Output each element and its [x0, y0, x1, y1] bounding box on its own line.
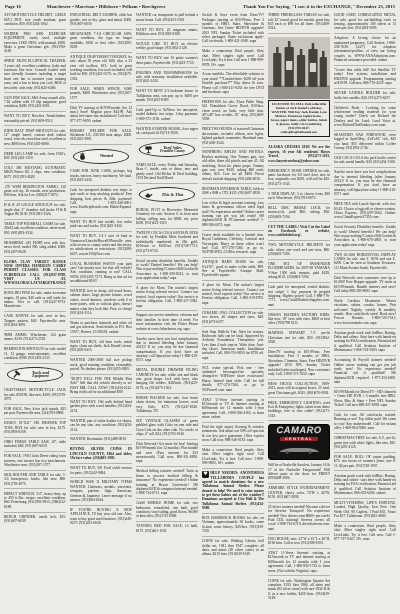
- classified-ad: MULTI-VITAMINS, LIFE'S FORTUNE, Loaded, …: [334, 499, 396, 522]
- classified-ad: Acorn stairlifts. The affordable solutio…: [202, 70, 264, 97]
- classified-ad: Safe Step Walk-In Tub. Alert for seniors…: [202, 327, 264, 363]
- classified-ad: 25 driver trainees needed! Become a driv…: [268, 503, 330, 535]
- section-badge-wanted: Wanted: [73, 149, 129, 164]
- classified-ad: Adoption: A loving choice for an unplann…: [334, 34, 396, 66]
- classified-ad: WANT TO BUY: Old walk behind hand garden…: [70, 398, 132, 417]
- classified-ad: WANT TO BUY size 16 petite women's dress…: [136, 54, 198, 68]
- classified-ad: INDUSTRIAL BELT SANDER, oldie but goodie…: [70, 11, 132, 30]
- classified-ad: WANT TO RENT 2-3 bedroom house, in Tulla…: [136, 87, 198, 106]
- classified-ad: Law office & legal assistant training. L…: [202, 199, 264, 231]
- classified-ad: WANTED car transporter to pull behind a …: [136, 11, 198, 25]
- section-title: Wanted: [89, 154, 124, 159]
- classified-ad: Make a connection. Real people, flirty c…: [202, 446, 264, 469]
- classified-ad: MARTHA STEWART 7.5' pre-lit Christmas tr…: [268, 329, 330, 348]
- classified-ad: Find the right carpet, flooring & window…: [202, 423, 264, 446]
- classified-ad: WANTED STARTER HOUSE, fixer upper ok, ca…: [136, 124, 198, 138]
- classified-ad: WANT TO BUY, old barn tools; metal signs…: [70, 337, 132, 356]
- classified-ad: ♥HELP NEEDED: ANONYMOUS TULLAHOMA COUPLE…: [202, 469, 264, 514]
- classified-columns: ATV/MOTORCYCLE HELMET, GMAX 66Y1 DOT, si…: [4, 11, 396, 613]
- classified-ad: THREE FIBERGLASS TABLES for sale, tall, …: [268, 11, 330, 34]
- hammer-icon: [12, 370, 21, 379]
- section-subtitle: Franklin County: [155, 150, 190, 154]
- section-title: Yard SalesFranklin County: [155, 146, 190, 154]
- coverage-area-list: Manchester • Morrison • Hillsboro • Pelh…: [21, 4, 243, 9]
- classified-ad: FREE TEA with Lunch Special, with rice, …: [334, 200, 396, 223]
- classified-ad: MOSSBERG .410 PUMP, new with box, never …: [4, 239, 66, 258]
- classified-ad: OHIO FORGE TABLE SAW, 10", table include…: [4, 438, 66, 452]
- section-title: This & That: [155, 193, 190, 198]
- classified-ad: HESS TRUCK COLLECTION, 1989-2013, most s…: [268, 380, 330, 399]
- classified-ad: Switch & Save event from DirecTV! Packag…: [202, 11, 264, 47]
- classified-ad: WANT TO BUY late model, low miles junk c…: [70, 218, 132, 232]
- classified-ad: 3 TIER DISPLAY, 3 to choose from, $30 ea…: [268, 189, 330, 203]
- masthead-tagline-date: Thank You For Saying, "I saw it in the E…: [243, 4, 395, 9]
- page-header: Page 16 Manchester • Morrison • Hillsbor…: [4, 2, 396, 11]
- classified-ad: CASE KNIVES for sale, new in box, Trappe…: [4, 312, 66, 331]
- classified-ad: A place for Mom. The nation's largest se…: [202, 281, 264, 308]
- classified-ad: $19.99/Month for DirectTV - HD channels …: [334, 388, 396, 411]
- classified-ad: SEASONED OAK FIREWOOD, trees logged in A…: [334, 131, 396, 154]
- classified-ad: REMINGTON SHOTGUN for sale, model 11, 12…: [4, 345, 66, 364]
- classified-ad: BURIAL PLOT in Riverview Memorial Cemete…: [136, 206, 198, 229]
- newspaper-classifieds-page: Page 16 Manchester • Morrison • Hillsbor…: [0, 0, 400, 614]
- classified-ad: BENCH GRINDER, needs belt, $15. (931)607…: [4, 513, 66, 526]
- classified-ad: AT&T U-Verse internet starting at $15/mo…: [202, 395, 264, 422]
- classified-ad: WOULD LIKE TO BUY an electric welder, go…: [136, 40, 198, 54]
- classified-ad: DirecTV starting at $19.99/mo. Free inst…: [268, 348, 330, 380]
- classified-ad: NCL cruise special. Pick one - free unli…: [202, 364, 264, 396]
- heart-hands-icon: ♥: [202, 471, 209, 478]
- classified-ad: Xarelto users have you had complications…: [136, 334, 198, 366]
- section-subtitle: Equipment: [23, 375, 58, 379]
- classified-ad: TANNING BED FOR SALE, 14 bulb, $175. (93…: [136, 522, 198, 535]
- classified-column: ATV/MOTORCYCLE HELMET, GMAX 66Y1 DOT, si…: [4, 11, 66, 613]
- classified-ad: ATV/MOTORCYCLE HELMET, GMAX 66Y1 DOT, si…: [4, 11, 66, 30]
- classified-ad: Dish Network: new customers save up to $…: [334, 274, 396, 297]
- classified-ad: TWO MOTORCYCLE HELMETS for sale, silver,…: [268, 241, 330, 260]
- classified-ad: Cash for cars: All cars/trucks wanted. R…: [334, 411, 396, 434]
- classified-ad: ANTIQUE BARN DOOR for sale, 6'x2'10", go…: [202, 258, 264, 281]
- classified-ad: NISSAN MAXIMA FACTORY RIMS, like new, 18…: [268, 310, 330, 329]
- camaro-central-logo-ad: CAMAROCENTRAL: [268, 424, 330, 460]
- classified-ad: CASH FOR JUNK CARS, pickups, big trucks,…: [70, 167, 132, 186]
- classified-ad: CUT THE LABEL! Visit Cut the Label on Fa…: [268, 222, 330, 241]
- classified-ad: SILVER CANDLE HOLDER for sale, holds fiv…: [334, 89, 396, 103]
- classified-column: WANTED car transporter to pull behind a …: [136, 11, 198, 613]
- classified-ad: WANTED, pair of white leather ice skates…: [70, 417, 132, 436]
- classified-ad: HUSKY 18"X41" SIX DRAWER TOP TOOL BOX fo…: [4, 419, 66, 438]
- classified-ad: BOWLING PINS for sale, make awesome targ…: [4, 289, 66, 312]
- camaro-brand-text: CAMARO: [276, 425, 321, 436]
- classified-ad: TWELVE COCA-COLA SANTA PLATES for sale, …: [136, 229, 198, 256]
- classified-ad: METAL DOUBLE DRAWER FILING CABINETS for …: [136, 366, 198, 393]
- classified-ad: HORSE WALKER for sale, four horse chain …: [136, 394, 198, 417]
- classified-ad: DOG HOUSE, new, 23"W x 33"L x 26"H, $130…: [268, 535, 330, 549]
- classified-ad: BELL DISC BRAKE LOCK, for motorcycle, pa…: [268, 204, 330, 223]
- classified-ad: FOR SALE, ROLL OF carpet padding, $75; t…: [334, 453, 396, 472]
- classified-ad: TWO GLASS HORIZONTAL DISPLAY CASES for s…: [334, 251, 396, 274]
- classified-ad: IF YOU'RE BUYING A NEW APPLIANCE, I'll b…: [70, 506, 132, 528]
- classified-ad: GUN FOR SALE, SKS Army assault rifle, 7.…: [4, 93, 66, 112]
- classified-ad: OLD COCA-COLA Six pack bottle carrier fo…: [334, 154, 396, 168]
- classified-ad: 9MM AMMO, Winchester, 124 grain ammo, $1…: [4, 331, 66, 345]
- classified-ad: .270 WSM REMINGTON AMMO, 130 grain soft …: [4, 183, 66, 202]
- classified-ad: IMPACT WRENCH, 3/4", heavy-duty, up to 4…: [4, 489, 66, 512]
- classified-ad: "DON'T FALL FOR THE Middle Man Ads!" Sel…: [70, 375, 132, 398]
- classified-ad: COLT 380 MUSTANG AUTOMATIC MKIV/Series 8…: [4, 164, 66, 183]
- classified-ad: Will be at Nashville Autofest, January 1…: [268, 461, 330, 484]
- jack-daniels-ad-caption: LICENSED TO SELL Full collectible bottle…: [268, 100, 330, 138]
- classified-ad: SKIL ROUTER AND TABLE for sale, 1-3/4 ho…: [4, 471, 66, 490]
- classified-ad: COINS for sale, Washington Quarter Set c…: [268, 576, 330, 602]
- classified-ad: LOCAL BUSINESS WANTS your junk cars! Get…: [70, 259, 132, 286]
- classified-ad: MILWAUKEE 7-1/4 CIRCULAR SAW, great cond…: [70, 30, 132, 53]
- classified-ad: Accounting & Payroll trainees needed! On…: [334, 356, 396, 388]
- lamp-icon: [144, 190, 153, 199]
- classified-ad: FREE, EMERGENCY LIGHTING, used Exit & Em…: [268, 398, 330, 421]
- classified-ad: FREE TWO BOXES of assorted Christmas dec…: [202, 125, 264, 148]
- classified-ad: Cash for unexpired diabetic test strips …: [70, 186, 132, 218]
- section-title: Tools andEquipment: [23, 371, 58, 379]
- classified-ad: ARMOIRE STYLE ENTERTAINMENT CENTER, cher…: [268, 484, 330, 503]
- classified-ad: Xarelto users have you had complications…: [334, 168, 396, 200]
- section-badge-tools: Tools andEquipment: [7, 367, 63, 382]
- classified-ad: FOR SALE, TWO John Deere riding lawn mow…: [4, 452, 66, 471]
- classified-ad: Make a connection. Real people, flirty c…: [202, 47, 264, 70]
- classified-ad: ANTIQUE CRAFTSMAN TOOLBOX for sale, abou…: [70, 53, 132, 85]
- classified-ad: WANT TO BUY, 501 Ford sickle mower for p…: [70, 464, 132, 478]
- classified-ad: JOHN DALY TRAP SHOTGUN for sale, 12" sin…: [4, 126, 66, 149]
- classified-ad: CHRISTMAS TREE for sale, 6.5', pre-lit, …: [334, 434, 396, 453]
- classified-ad: Dish TV starting at $19.99/month (for 12…: [70, 103, 132, 126]
- classified-ad: Make a connection. Real people, flirty c…: [334, 522, 396, 544]
- classified-ad: Support our service members, veterans an…: [136, 311, 198, 334]
- classified-column: GOOD USED CORRUGATED METAL for sale, goo…: [334, 11, 396, 613]
- classified-ad: Wants to purchase minerals and other oil…: [70, 319, 132, 338]
- classified-ad: COINS for sale, Walking Liberty half dol…: [202, 537, 264, 559]
- classified-ad: FOR SALE, New 4-ton jack stands, $25 per…: [4, 405, 66, 419]
- section-badge-thisthat: This & That: [139, 187, 195, 202]
- section-badge-yard: Yard SalesFranklin County: [139, 142, 195, 157]
- classified-ad: Cruise deals available for a limited tim…: [202, 231, 264, 258]
- whiskey-bottles-photo: [268, 37, 330, 99]
- classified-ad: CERAMIC OWL COLLECTION for sale, two box…: [202, 309, 264, 328]
- classified-ad: H & R 20 GAUGE SHOTGUN for sale, single …: [4, 201, 66, 220]
- classified-ad: Social security disability benefits. Una…: [136, 256, 198, 283]
- hand-icon: [78, 152, 87, 161]
- classified-ad: Cash paid-Up to $25/box for unexpired, s…: [136, 106, 198, 125]
- classified-ad: "Lower that cable bill! Get Satellite TV…: [334, 66, 396, 89]
- classified-ad: SPIRIT XE295 ELLIPTICAL TRAINER, 3 years…: [4, 57, 66, 93]
- classified-ad: FIREWOOD for sale, Elora Pallet Shop, 64…: [202, 98, 264, 125]
- classified-ad: SIX VINTAGE GLASSES of green pebbled gla…: [136, 417, 198, 440]
- classified-column: Switch & Save event from DirecTV! Packag…: [202, 11, 264, 613]
- classified-column: THREE FIBERGLASS TABLES for sale, tall, …: [268, 11, 330, 613]
- sign-icon: [144, 145, 153, 154]
- page-number: Page 16: [5, 4, 21, 9]
- jack-daniels-display-ad: LICENSED TO SELL Full collectible bottle…: [268, 37, 330, 141]
- classified-ad: AT&T U-Verse Internet starting at $15/mo…: [268, 549, 330, 576]
- classified-ad: ELORA CLAY TARGET RANGE NOW OFFERS HANDG…: [4, 257, 66, 289]
- classified-ad: Children's Book - Looking for some whole…: [334, 103, 396, 130]
- classified-ad: 12x60 MOBILE HOME for sale, two bedrooms…: [136, 499, 198, 522]
- classified-ad: North Carolina Mountains. Winter vacatio…: [334, 297, 396, 329]
- classified-ad: FOR SALE, WARN WINCH, 9,000 pounds, $400…: [70, 85, 132, 104]
- classified-ad: Aviation grads work with JetBlue, Boeing…: [334, 329, 396, 356]
- classified-ad: A place for Mom. The nation's largest se…: [136, 284, 198, 311]
- classified-ad: WANT TO BUY, Bowflex Treadclimber, reaso…: [4, 112, 66, 126]
- classified-ad: Dish Network! Get more for less! Startin…: [136, 440, 198, 467]
- classified-ad: WORLD WAR II MILITARY ITEMS WANTED: Unif…: [70, 478, 132, 505]
- classified-ad: WANT TO BUY, 22 magnum ammo, Hillsboro a…: [136, 25, 198, 39]
- camaro-car-illustration: [277, 441, 321, 459]
- classified-ad: ENGINES AND TRANSMISSIONS for sale, with…: [136, 68, 198, 87]
- classified-ad: TABLE TOP FOOSBALL GAME for sale, 28x52 …: [4, 220, 66, 239]
- classified-ad: Medical billing trainees needed! Train a…: [136, 467, 198, 499]
- classified-ad: BUYING SILVER COINS IN LINCOLN COUNTY, 1…: [70, 445, 132, 464]
- classified-ad: HOBART WELDER FOR SALE, Stickmate LX, 23…: [70, 126, 132, 145]
- classified-ad: YARD SALE, every Friday and Saturday, 8a…: [136, 161, 198, 184]
- classified-ad: WANTED 2000-2005 full size pickup truck,…: [70, 356, 132, 375]
- classified-ad: ALASKA CRUISES 2016! We are the experts,…: [268, 143, 330, 166]
- classified-ad: EMERGENCY DOOR OPENER for sale, panic ha…: [268, 166, 330, 189]
- classified-ad: BOX HARDBACK BOOKS for sale, on Vietnam,…: [202, 514, 264, 537]
- classified-ad: NONFIRING RIFLES AND PISTOLS. Replica no…: [202, 148, 264, 184]
- classified-ad: CRAFTSMAN MOTORCYCLE JACK for sale, #501…: [4, 386, 66, 405]
- classified-ad: WANTED, free or cheap, old wood doors, c…: [70, 287, 132, 319]
- classified-ad: WANTED, Roommate. (931)488-0810.: [70, 435, 132, 445]
- classified-ad: DEER LEG LAMP for sale, from 1930's, $50…: [4, 149, 66, 163]
- classified-ad: WEIDER PRO 6300 EXERCISE EQUIPMENT, rare…: [4, 30, 66, 57]
- classified-ad: ONE SET OF PASSENGER FLOORBOARDS for 200…: [268, 260, 330, 283]
- classified-ad: Aviation grads work with JetBlue, Boeing…: [334, 471, 396, 498]
- classified-ad: IRONMAN INVERSION TABLE, folds to 26W x …: [202, 184, 264, 198]
- classified-ad: GOOD USED CORRUGATED METAL for sale, goo…: [334, 11, 396, 34]
- classified-ad: WANT TO BUY, 1/2-1 acre of land in Vannt…: [70, 232, 132, 259]
- classified-ad: Cash paid for unexpired, sealed diabetic…: [268, 283, 330, 310]
- classified-ad: Social Security Disability benefits. Una…: [334, 223, 396, 250]
- classified-column: INDUSTRIAL BELT SANDER, oldie but goodie…: [70, 11, 132, 613]
